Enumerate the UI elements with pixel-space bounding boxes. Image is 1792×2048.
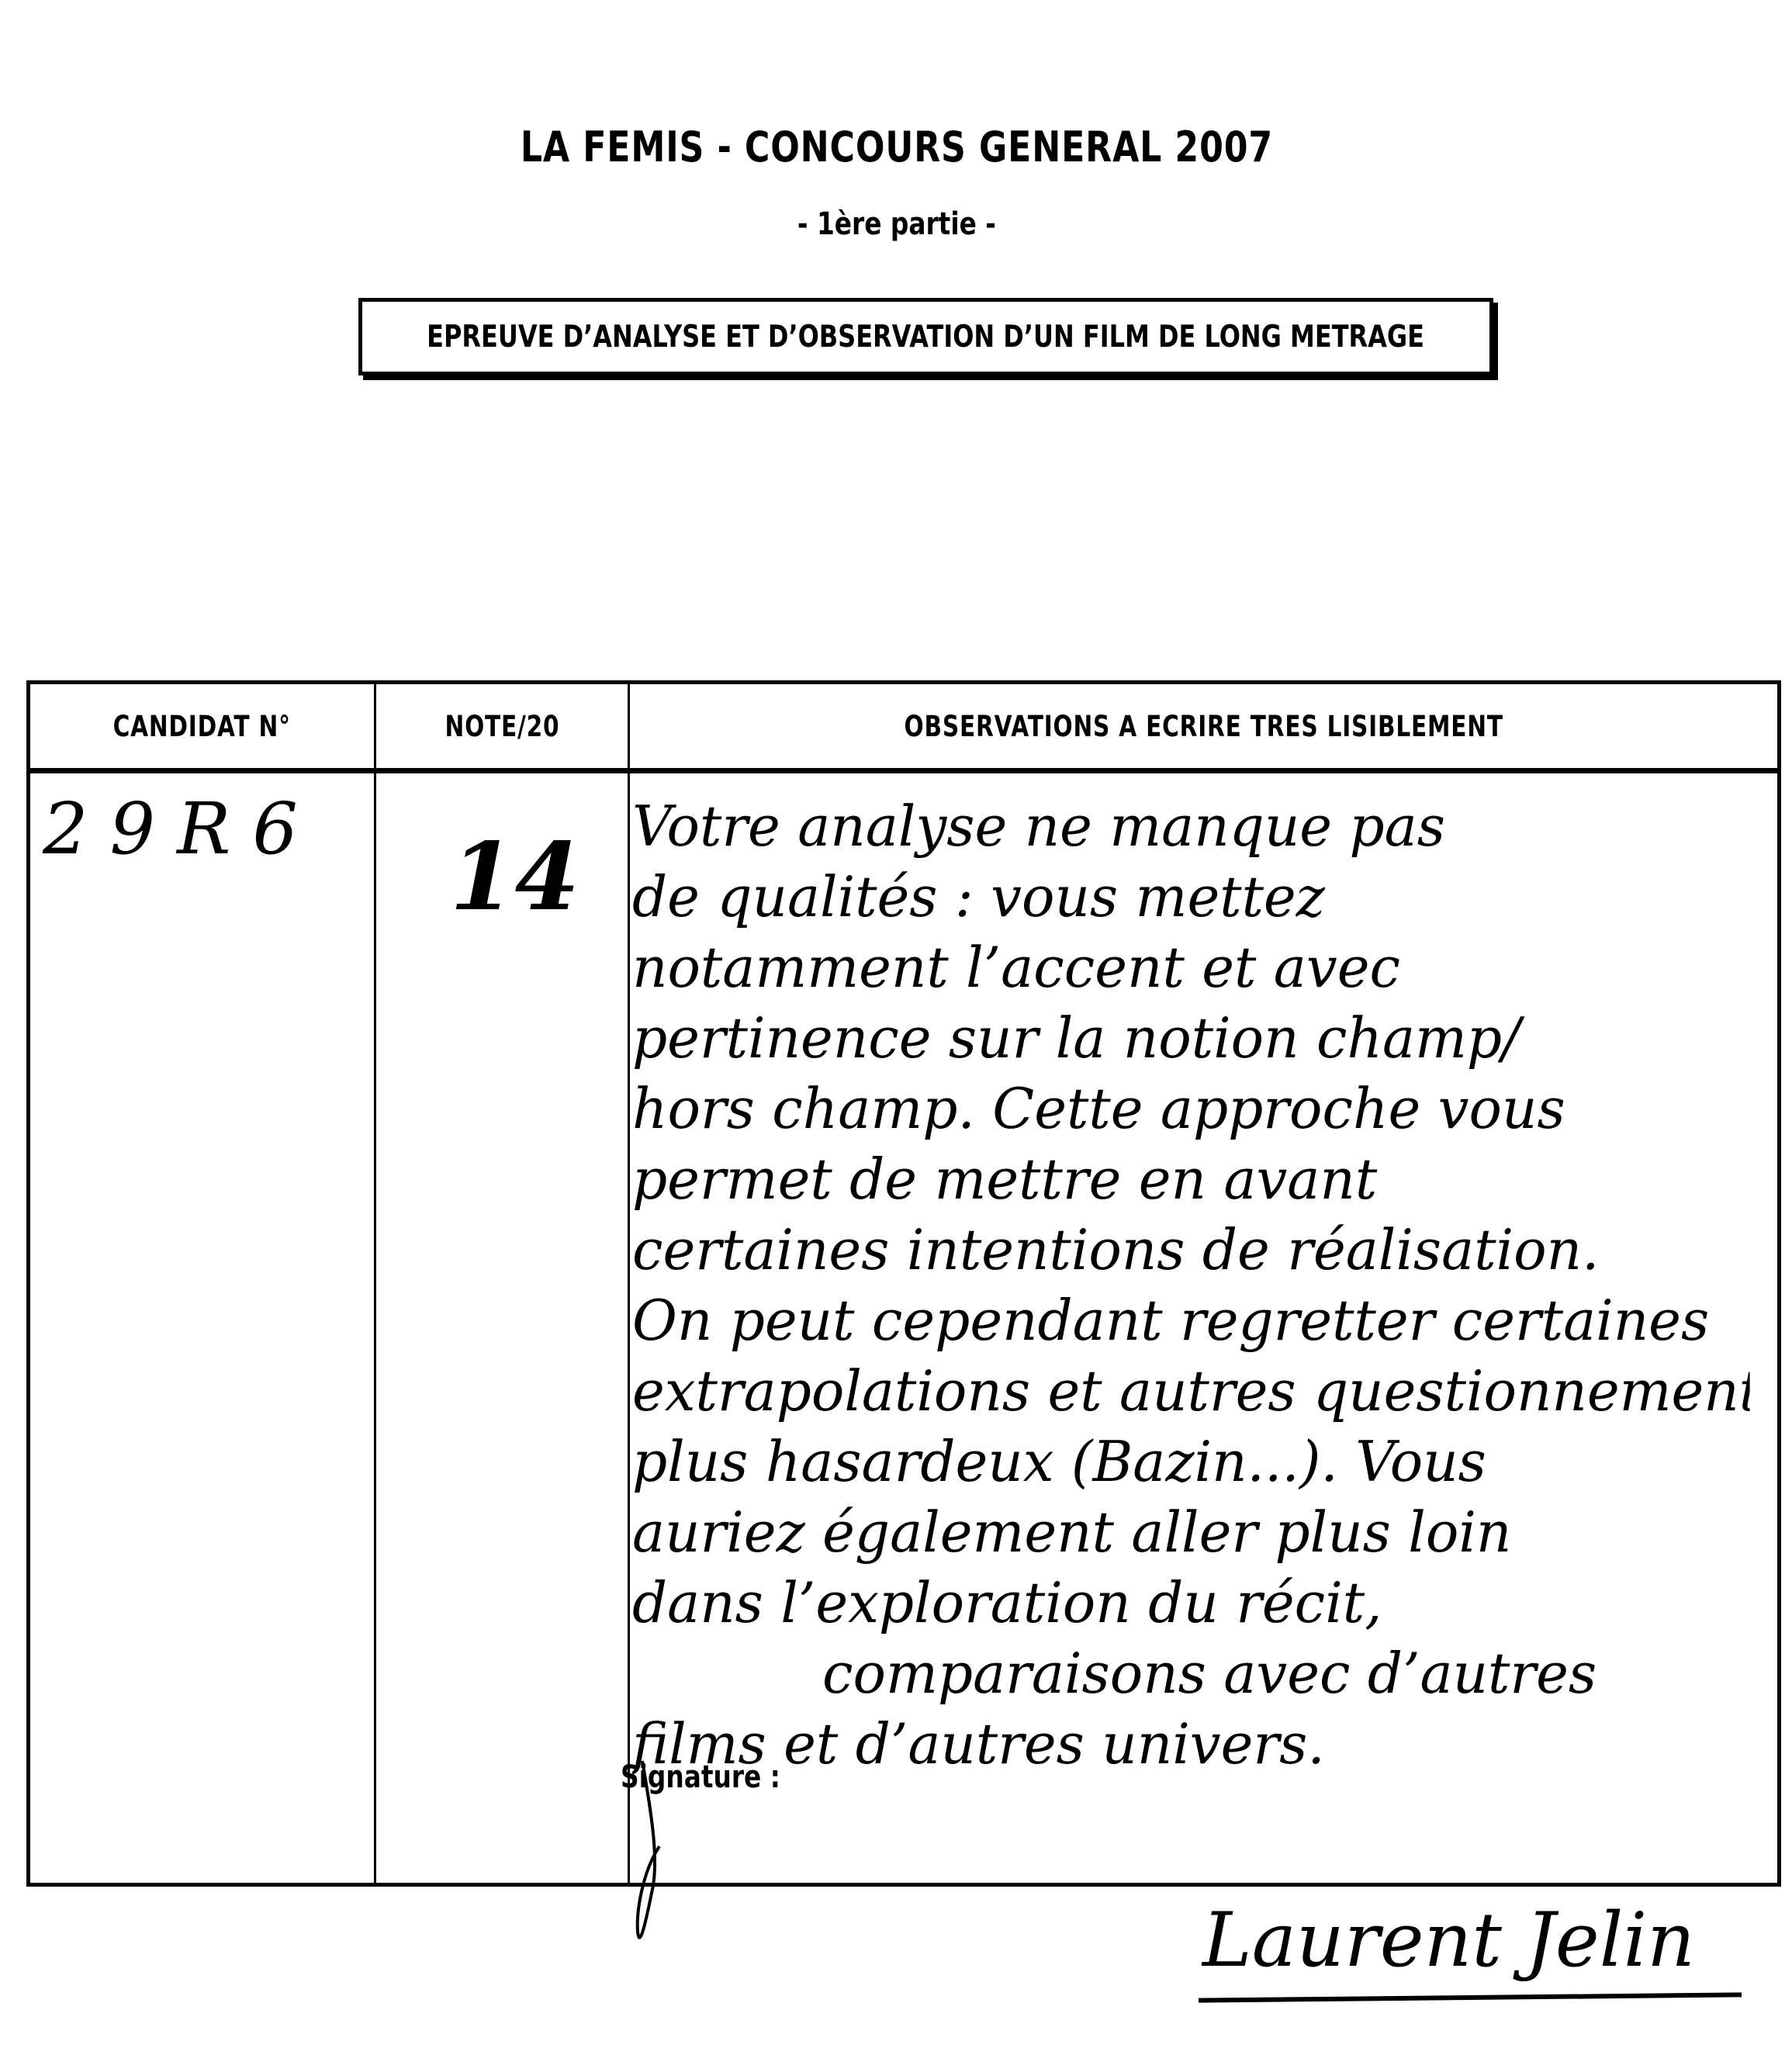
pen-stroke-icon — [628, 1753, 675, 1955]
document-subtitle: - 1ère partie - — [162, 206, 1631, 242]
header-grade: NOTE/20 — [376, 684, 628, 768]
grade-value: 14 — [450, 822, 579, 932]
header-candidate: CANDIDAT N° — [30, 684, 374, 768]
observation-line: hors champ. Cette approche vous — [632, 1074, 1750, 1144]
table-header-row: CANDIDAT N° NOTE/20 OBSERVATIONS A ECRIR… — [30, 684, 1777, 773]
header-observations: OBSERVATIONS A ECRIRE TRES LISIBLEMENT — [630, 684, 1777, 768]
header-grade-label: NOTE/20 — [445, 710, 559, 743]
observation-line: pertinence sur la notion champ/ — [632, 1003, 1750, 1074]
header-candidate-label: CANDIDAT N° — [113, 710, 291, 743]
examiner-signature: Laurent Jelin — [1202, 1897, 1695, 1984]
column-divider — [628, 684, 630, 1883]
observation-line: plus hasardeux (Bazin...). Vous — [632, 1427, 1750, 1497]
observation-line: auriez également aller plus loin — [632, 1497, 1750, 1568]
exam-title: EPREUVE D’ANALYSE ET D’OBSERVATION D’UN … — [427, 320, 1425, 355]
observation-line: On peut cependant regretter certaines — [632, 1285, 1750, 1356]
observation-line: comparaisons avec d’autres — [632, 1638, 1750, 1709]
observation-line: extrapolations et autres questionnements — [632, 1356, 1750, 1427]
observation-line: notamment l’accent et avec — [632, 932, 1750, 1003]
observation-line: Votre analyse ne manque pas — [632, 791, 1750, 862]
observations-text: Votre analyse ne manque pas de qualités … — [632, 791, 1773, 1780]
observation-line: dans l’exploration du récit, — [632, 1568, 1750, 1638]
observation-line: films et d’autres univers. — [632, 1709, 1750, 1780]
signature-underline — [1199, 1992, 1742, 2002]
column-divider — [374, 684, 376, 1883]
document-title: LA FEMIS - CONCOURS GENERAL 2007 — [162, 123, 1631, 171]
observation-line: permet de mettre en avant — [632, 1144, 1750, 1215]
candidate-number: 29R6 — [43, 787, 320, 870]
observation-line: certaines intentions de réalisation. — [632, 1215, 1750, 1285]
header-observations-label: OBSERVATIONS A ECRIRE TRES LISIBLEMENT — [904, 710, 1503, 743]
observation-line: de qualités : vous mettez — [632, 862, 1750, 932]
exam-title-box: EPREUVE D’ANALYSE ET D’OBSERVATION D’UN … — [358, 298, 1493, 375]
